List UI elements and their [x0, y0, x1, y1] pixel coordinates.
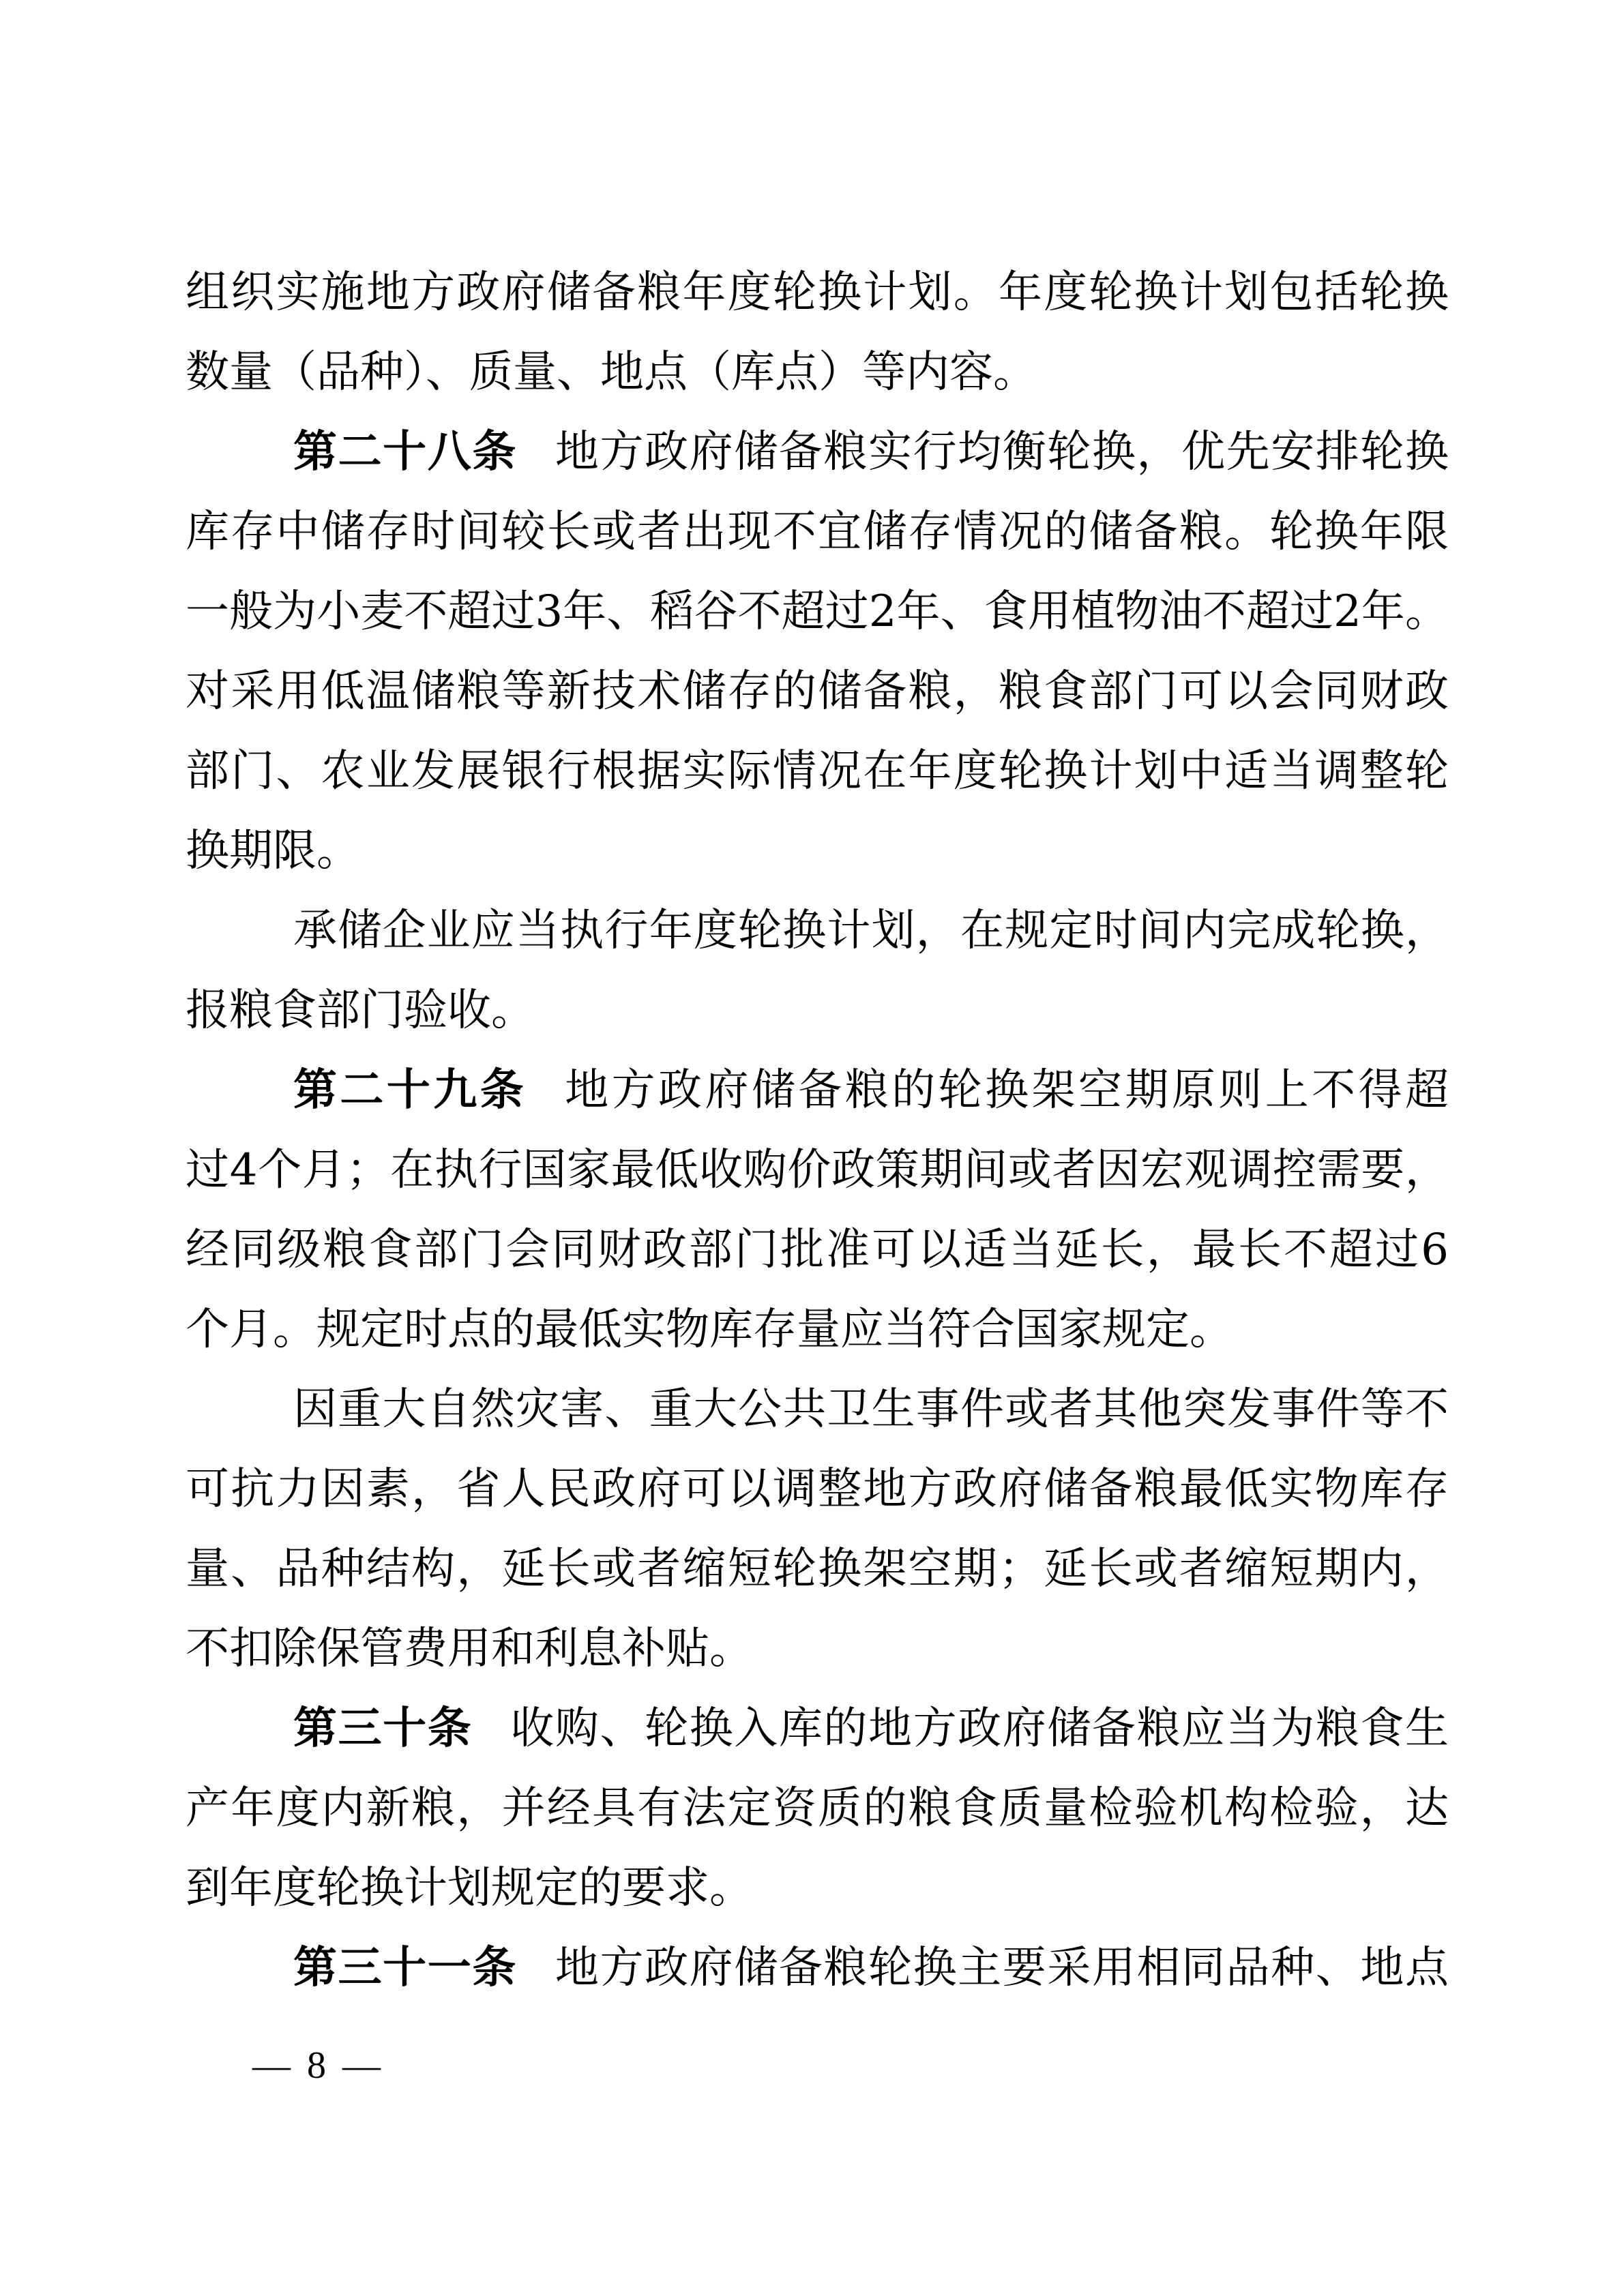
line-text: 可抗力因素，省人民政府可以调整地方政府储备粮最低实物库存	[186, 1464, 1449, 1515]
text-line: 过4个月；在执行国家最低收购价政策期间或者因宏观调控需要，	[186, 1131, 1449, 1210]
text-line: 对采用低温储粮等新技术储存的储备粮，粮食部门可以会同财政	[186, 652, 1449, 732]
text-line: 第三十一条地方政府储备粮轮换主要采用相同品种、地点	[186, 1928, 1449, 2008]
text-line: 第二十九条地方政府储备粮的轮换架空期原则上不得超	[186, 1051, 1449, 1131]
text-line: 到年度轮换计划规定的要求。	[186, 1849, 1449, 1928]
text-line: 因重大自然灾害、重大公共卫生事件或者其他突发事件等不	[186, 1370, 1449, 1450]
line-text: 到年度轮换计划规定的要求。	[186, 1863, 753, 1913]
page-number: — 8 —	[252, 2045, 381, 2086]
text-line: 量、品种结构，延长或者缩短轮换架空期；延长或者缩短期内，	[186, 1530, 1449, 1609]
line-text: 库存中储存时间较长或者出现不宜储存情况的储备粮。轮换年限	[186, 507, 1449, 557]
line-text: 地方政府储备粮轮换主要采用相同品种、地点	[555, 1943, 1449, 1993]
text-line: 换期限。	[186, 811, 1449, 891]
article-number: 第二十八条	[293, 427, 517, 477]
text-line: 报粮食部门验收。	[186, 971, 1449, 1051]
page: { "page": { "background_color": "#ffffff…	[0, 0, 1624, 2296]
line-text: 产年度内新粮，并经具有法定资质的粮食质量检验机构检验，达	[186, 1783, 1449, 1834]
line-text: 报粮食部门验收。	[186, 985, 535, 1036]
text-line: 一般为小麦不超过3年、稻谷不超过2年、食用植物油不超过2年。	[186, 572, 1449, 652]
text-line: 承储企业应当执行年度轮换计划，在规定时间内完成轮换，	[186, 891, 1449, 971]
line-text: 因重大自然灾害、重大公共卫生事件或者其他突发事件等不	[293, 1384, 1449, 1435]
text-line: 第二十八条地方政府储备粮实行均衡轮换，优先安排轮换	[186, 413, 1449, 492]
line-text: 收购、轮换入库的地方政府储备粮应当为粮食生	[510, 1703, 1449, 1754]
text-line: 部门、农业发展银行根据实际情况在年度轮换计划中适当调整轮	[186, 732, 1449, 811]
document-body: 组织实施地方政府储备粮年度轮换计划。年度轮换计划包括轮换 数量（品种）、质量、地…	[186, 253, 1449, 2008]
article-number: 第二十九条	[293, 1065, 527, 1116]
line-text: 地方政府储备粮实行均衡轮换，优先安排轮换	[555, 427, 1449, 477]
text-line: 库存中储存时间较长或者出现不宜储存情况的储备粮。轮换年限	[186, 492, 1449, 572]
article-number: 第三十条	[293, 1703, 472, 1754]
text-line: 个月。规定时点的最低实物库存量应当符合国家规定。	[186, 1290, 1449, 1370]
text-line: 产年度内新粮，并经具有法定资质的粮食质量检验机构检验，达	[186, 1769, 1449, 1849]
line-text: 不扣除保管费用和利息补贴。	[186, 1624, 753, 1674]
text-line: 可抗力因素，省人民政府可以调整地方政府储备粮最低实物库存	[186, 1450, 1449, 1530]
line-text: 个月。规定时点的最低实物库存量应当符合国家规定。	[186, 1304, 1233, 1355]
text-line: 数量（品种）、质量、地点（库点）等内容。	[186, 333, 1449, 413]
line-text: 承储企业应当执行年度轮换计划，在规定时间内完成轮换，	[293, 906, 1449, 956]
line-text: 对采用低温储粮等新技术储存的储备粮，粮食部门可以会同财政	[186, 666, 1449, 717]
line-text: 过4个月；在执行国家最低收购价政策期间或者因宏观调控需要，	[186, 1145, 1449, 1195]
line-text: 地方政府储备粮的轮换架空期原则上不得超	[565, 1065, 1449, 1116]
text-line: 组织实施地方政府储备粮年度轮换计划。年度轮换计划包括轮换	[186, 253, 1449, 333]
line-text: 一般为小麦不超过3年、稻谷不超过2年、食用植物油不超过2年。	[186, 586, 1449, 637]
line-text: 经同级粮食部门会同财政部门批准可以适当延长，最长不超过6	[186, 1225, 1449, 1275]
line-text: 组织实施地方政府储备粮年度轮换计划。年度轮换计划包括轮换	[186, 267, 1449, 318]
line-text: 部门、农业发展银行根据实际情况在年度轮换计划中适当调整轮	[186, 746, 1449, 796]
line-text: 数量（品种）、质量、地点（库点）等内容。	[186, 347, 1037, 398]
line-text: 量、品种结构，延长或者缩短轮换架空期；延长或者缩短期内，	[186, 1544, 1449, 1594]
text-line: 第三十条收购、轮换入库的地方政府储备粮应当为粮食生	[186, 1689, 1449, 1769]
article-number: 第三十一条	[293, 1943, 517, 1993]
line-text: 换期限。	[186, 826, 360, 876]
text-line: 不扣除保管费用和利息补贴。	[186, 1609, 1449, 1689]
text-line: 经同级粮食部门会同财政部门批准可以适当延长，最长不超过6	[186, 1210, 1449, 1290]
